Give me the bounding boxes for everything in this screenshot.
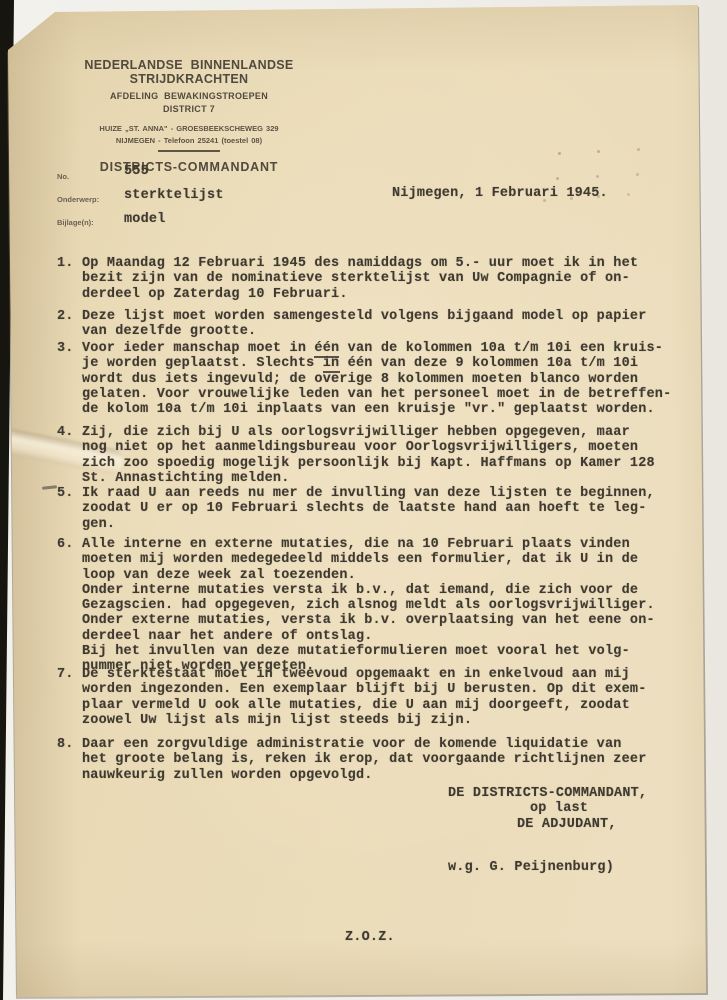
list-item-3: 3. Voor ieder manschap moet in één van d… — [57, 341, 671, 417]
item-number: 7. — [57, 667, 82, 728]
letterhead: NEDERLANDSE BINNENLANDSE STRIJDKRACHTEN … — [53, 58, 325, 174]
enclosure-label: Bijlage(n): — [57, 218, 94, 227]
underline-mark — [314, 356, 339, 358]
item-text: Voor ieder manschap moet in één van de k… — [82, 341, 671, 417]
signature-adjudant: DE ADJUDANT, — [517, 817, 647, 832]
enclosure-value: model — [124, 212, 166, 227]
list-item-7: 7. De sterktestaat moet in tweevoud opge… — [57, 667, 647, 728]
subject-label: Onderwerp: — [57, 195, 99, 204]
item-number: 5. — [57, 486, 82, 532]
underline-mark — [323, 371, 340, 373]
list-item-5: 5. Ik raad U aan reeds nu mer de invulli… — [57, 486, 655, 532]
item-text: Op Maandag 12 Februari 1945 des namiddag… — [82, 256, 638, 302]
signature-block: DE DISTRICTS-COMMANDANT, op last DE ADJU… — [448, 786, 647, 875]
item-text: Zij, die zich bij U als oorlogsvrijwilli… — [82, 425, 655, 486]
turn-over-note: Z.O.Z. — [345, 930, 395, 945]
list-item-8: 8. Daar een zorgvuldige administratie vo… — [57, 737, 647, 783]
letterhead-phone: NIJMEGEN - Telefoon 25241 (toestel 08) — [53, 136, 325, 145]
item-number: 8. — [57, 737, 82, 783]
letterhead-role: DISTRICTS-COMMANDANT — [53, 160, 325, 174]
subject-value: sterktelijst — [124, 188, 224, 203]
item-number: 6. — [57, 537, 82, 675]
item-number: 4. — [57, 425, 82, 486]
item-text: Daar een zorgvuldige administratie voor … — [82, 737, 647, 783]
list-item-6: 6. Alle interne en externe mutaties, die… — [57, 537, 655, 675]
item-text: Ik raad U aan reeds nu mer de invulling … — [82, 486, 655, 532]
item-number: 1. — [57, 256, 82, 302]
scanned-letter: NEDERLANDSE BINNENLANDSE STRIJDKRACHTEN … — [0, 0, 727, 1000]
letterhead-divider — [158, 150, 220, 152]
list-item-4: 4. Zij, die zich bij U als oorlogsvrijwi… — [57, 425, 655, 486]
letterhead-division: AFDELING BEWAKINGSTROEPEN — [53, 91, 325, 101]
paper-crease-mark — [42, 485, 57, 490]
number-value: 555 — [124, 164, 149, 179]
item-text: Alle interne en externe mutaties, die na… — [82, 537, 655, 675]
dateline: Nijmegen, 1 Februari 1945. — [392, 186, 608, 201]
number-label: No. — [57, 172, 69, 181]
list-item-2: 2. Deze lijst moet worden samengesteld v… — [57, 309, 647, 340]
letterhead-district: DISTRICT 7 — [53, 104, 325, 114]
item-text: Deze lijst moet worden samengesteld volg… — [82, 309, 647, 340]
item-number: 3. — [57, 341, 82, 417]
letterhead-organization: NEDERLANDSE BINNENLANDSE STRIJDKRACHTEN — [53, 58, 325, 86]
ink-bleed-dots — [558, 152, 561, 155]
list-item-1: 1. Op Maandag 12 Februari 1945 des namid… — [57, 256, 638, 302]
item-text: De sterktestaat moet in tweevoud opgemaa… — [82, 667, 647, 728]
signature-oplast: op last — [530, 801, 647, 816]
paper-sheet: NEDERLANDSE BINNENLANDSE STRIJDKRACHTEN … — [0, 0, 727, 1000]
item-number: 2. — [57, 309, 82, 340]
signature-role: DE DISTRICTS-COMMANDANT, — [448, 786, 647, 801]
letterhead-address: HUIZE „ST. ANNA" - GROESBEEKSCHEWEG 329 — [53, 124, 325, 133]
signature-name: w.g. G. Peijnenburg) — [448, 860, 647, 875]
